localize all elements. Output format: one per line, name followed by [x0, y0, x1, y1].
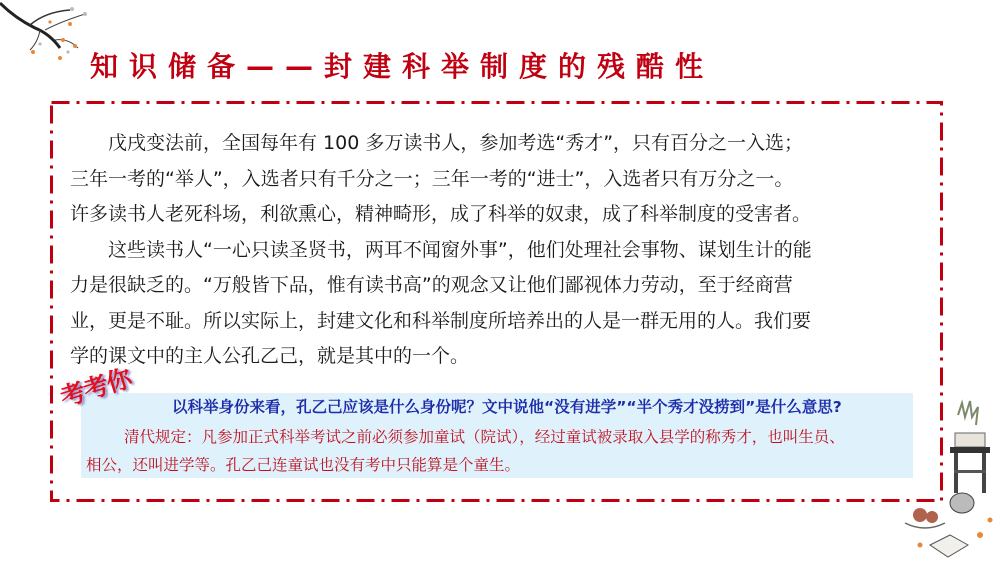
tea-table-illustration-icon	[900, 395, 1000, 563]
paragraph-2: 这些读书人“一心只读圣贤书，两耳不闻窗外事”，他们处理社会事物、谋划生计的能 力…	[70, 233, 930, 375]
quiz-answer: 清代规定：凡参加正式科举考试之前必须参加童试（院试），经过童试被录取入县学的称秀…	[86, 423, 916, 479]
body-text: 戊戌变法前，全国每年有 100 多万读书人，参加考选“秀才”，只有百分之一入选；…	[70, 126, 930, 375]
paragraph-1: 戊戌变法前，全国每年有 100 多万读书人，参加考选“秀才”，只有百分之一入选；…	[70, 126, 930, 233]
plum-branch-icon	[0, 0, 100, 65]
quiz-question: 以科举身份来看，孔乙己应该是什么身份呢？文中说他“没有进学”“半个秀才没捞到”是…	[172, 395, 842, 417]
page-title: 知识储备——封建科举制度的残酷性	[90, 47, 714, 87]
